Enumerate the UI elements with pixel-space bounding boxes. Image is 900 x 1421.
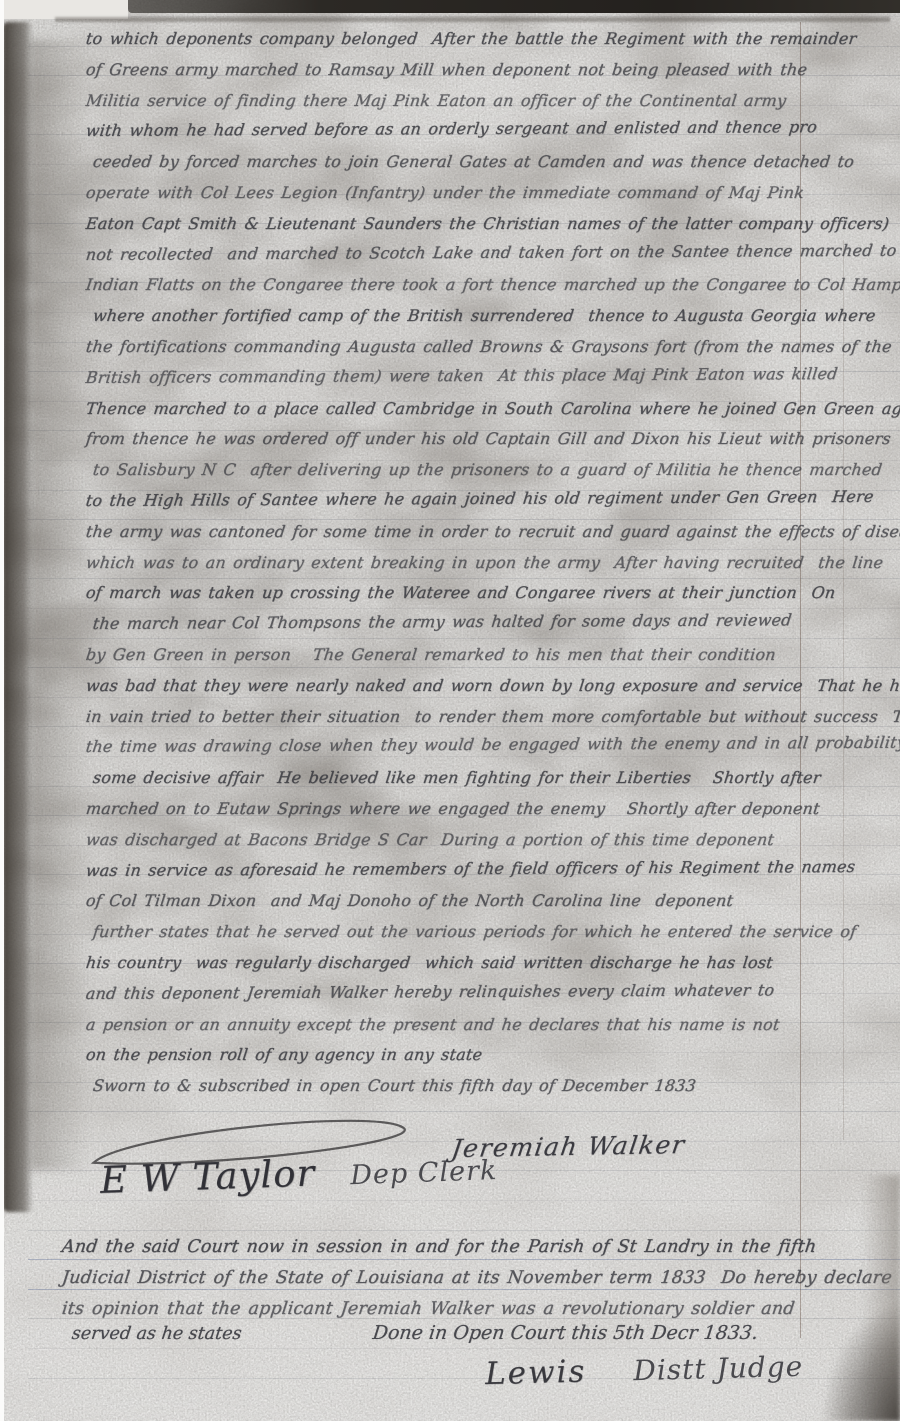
deposition-line: a pension or an annuity except the prese…	[84, 1010, 818, 1041]
deposition-line: with whom he had served before as an ord…	[84, 113, 818, 148]
deposition-line: the time was drawing close when they wou…	[84, 729, 818, 764]
deposition-line: Eaton Capt Smith & Lieutenant Saunders t…	[84, 209, 818, 240]
deposition-line: of Greens army marched to Ramsay Mill wh…	[84, 55, 818, 86]
certification-line: And the said Court now in session in and…	[60, 1232, 844, 1263]
clerk-signature: E W Taylor	[99, 1151, 316, 1201]
deposition-line: further states that he served out the va…	[91, 917, 818, 948]
deposition-line: to Salisbury N C after delivering up the…	[91, 455, 818, 486]
deposition-line: the march near Col Thompsons the army wa…	[91, 605, 818, 640]
deposition-line: was discharged at Bacons Bridge S Car Du…	[84, 825, 818, 856]
deposition-line: by Gen Green in person The General remar…	[84, 640, 818, 671]
deposition-line: the fortifications commanding Augusta ca…	[84, 332, 818, 363]
deposition-line: to the High Hills of Santee where he aga…	[84, 482, 818, 517]
page-left-edge	[0, 0, 4, 1421]
deposition-line: to which deponents company belonged Afte…	[84, 24, 818, 55]
scan-edge-left-band	[3, 22, 33, 1212]
scan-edge-left-shadow	[30, 40, 90, 1170]
deposition-line: of march was taken up crossing the Water…	[84, 578, 818, 609]
ruled-line	[28, 1230, 900, 1231]
deposition-line: Indian Flatts on the Congaree there took…	[84, 270, 818, 301]
certification-text-block: And the said Court now in session in and…	[60, 1232, 840, 1325]
deposition-line: from thence he was ordered off under his…	[84, 424, 818, 455]
deposition-line: operate with Col Lees Legion (Infantry) …	[84, 178, 818, 209]
scan-edge-top-line	[55, 17, 890, 22]
judge-signature: Lewis	[485, 1354, 587, 1393]
certification-line: Judicial District of the State of Louisi…	[60, 1263, 844, 1294]
deposition-line: was in service as aforesaid he remembers…	[84, 852, 818, 887]
judge-signature-row: Lewis Distt Judge	[485, 1348, 804, 1392]
deposition-line: which was to an ordinary extent breaking…	[84, 548, 818, 579]
deposition-line: his country was regularly discharged whi…	[84, 948, 818, 979]
deposition-line: Sworn to & subscribed in open Court this…	[91, 1071, 818, 1102]
deposition-line: in vain tried to better their situation …	[84, 702, 818, 733]
deposition-line: Thence marched to a place called Cambrid…	[84, 394, 818, 425]
ruled-line	[28, 1200, 900, 1201]
deposition-line: ceeded by forced marches to join General…	[91, 147, 818, 178]
deposition-line: British officers commanding them) were t…	[84, 359, 818, 394]
deposition-text-block: to which deponents company belonged Afte…	[84, 24, 814, 1102]
certification-closing-line: served as he states Done in Open Court t…	[71, 1322, 760, 1344]
deposition-line: marched on to Eutaw Springs where we eng…	[84, 794, 818, 825]
certification-closing-left: served as he states	[71, 1324, 243, 1344]
scanned-document-page: to which deponents company belonged Afte…	[0, 0, 900, 1421]
deposition-line: where another fortified camp of the Brit…	[91, 301, 818, 332]
deposition-line: not recollected and marched to Scotch La…	[84, 236, 818, 271]
deposition-line: was bad that they were nearly naked and …	[84, 671, 818, 702]
scan-edge-top-bar	[128, 0, 900, 13]
ruled-line	[28, 1111, 900, 1112]
certification-closing-right: Done in Open Court this 5th Decr 1833.	[372, 1322, 760, 1344]
deposition-line: some decisive affair He believed like me…	[91, 763, 818, 794]
deposition-line: and this deponent Jeremiah Walker hereby…	[84, 975, 818, 1010]
judge-title: Distt Judge	[633, 1350, 804, 1387]
deposition-line: of Col Tilman Dixon and Maj Donoho of th…	[84, 886, 818, 917]
clerk-title: Dep Clerk	[350, 1155, 498, 1191]
deposition-line: on the pension roll of any agency in any…	[84, 1040, 818, 1071]
certification-line: its opinion that the applicant Jeremiah …	[60, 1294, 844, 1325]
corner-smudge	[822, 1306, 900, 1421]
deposition-line: the army was cantoned for some time in o…	[84, 517, 818, 548]
